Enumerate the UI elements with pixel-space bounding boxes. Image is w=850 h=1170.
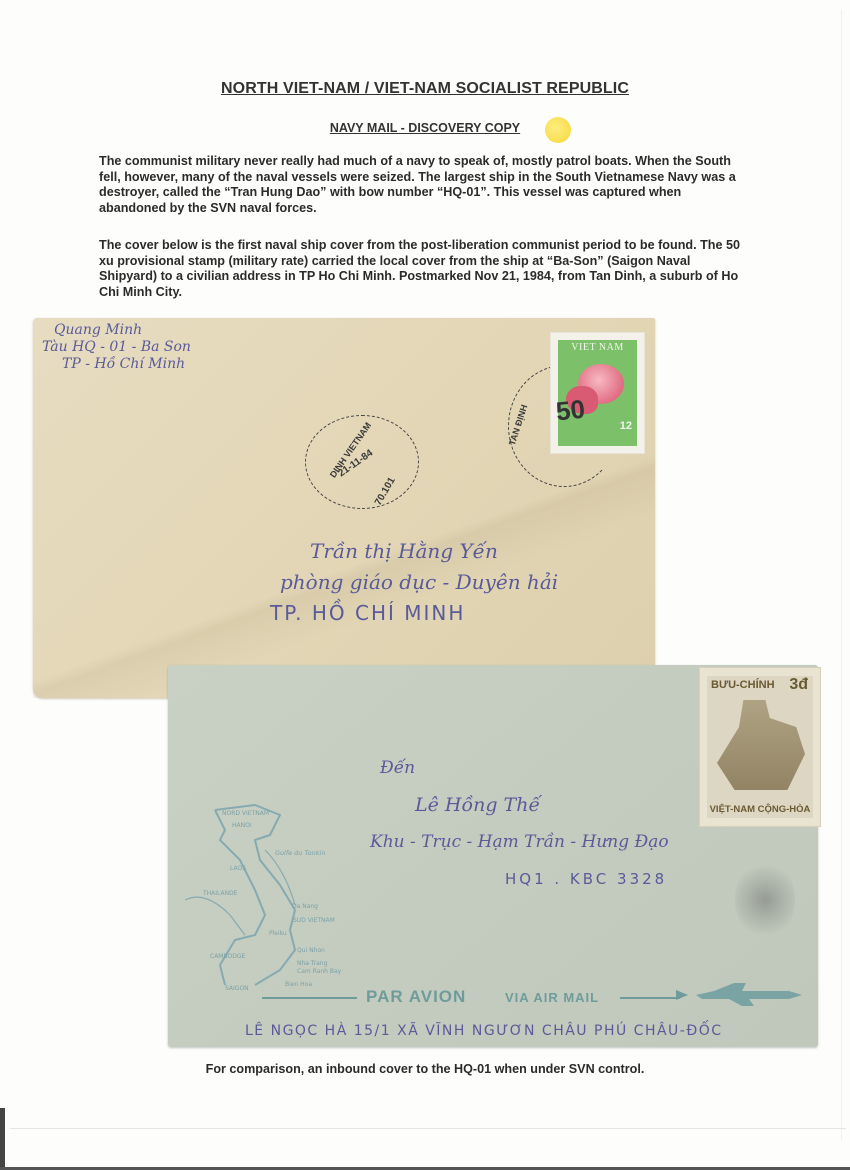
airplane-icon <box>694 981 804 1007</box>
stamp-country: VIET NAM <box>558 342 637 353</box>
cover1-address: Trần thị Hằng Yến phòng giáo dục - Duyên… <box>310 536 558 629</box>
stamp-value: 12 <box>620 420 632 432</box>
map-label: Qui Nhon <box>297 947 325 954</box>
map-label: SUD VIETNAM <box>293 917 335 924</box>
soldier-icon <box>717 700 805 790</box>
recipient-ship: Khu - Trục - Hạm Trần - Hưng Đạo <box>370 824 669 861</box>
cover2-sender: LÊ NGỌC HÀ 15/1 XÃ VĨNH NGƯƠN CHÂU PHÚ C… <box>245 1023 722 1039</box>
scan-edge-line <box>10 1128 846 1129</box>
via-air-mail-label: VIA AIR MAIL <box>505 990 599 1005</box>
cover1-sender: Quang Minh Tàu HQ - 01 - Ba Son TP - Hồ … <box>42 322 191 373</box>
par-avion-label: PAR AVION <box>366 987 466 1007</box>
stamp2-value: 3đ <box>789 676 808 694</box>
map-label: LAOS <box>230 865 246 872</box>
page-subtitle: NAVY MAIL - DISCOVERY COPY <box>0 121 850 135</box>
airmail-rule <box>262 997 357 999</box>
airmail-banner: PAR AVION VIA AIR MAIL <box>262 987 807 1007</box>
map-label: HANOI <box>232 822 252 829</box>
map-label: NORD VIETNAM <box>222 810 269 817</box>
recipient-city: TP. HỒ CHÍ MINH <box>270 598 558 629</box>
recipient-kbc: HQ1 . KBC 3328 <box>505 861 669 898</box>
map-label: THAILANDE <box>202 890 238 897</box>
address-to: Đến <box>380 750 669 787</box>
sender-city: TP - Hồ Chí Minh <box>62 356 191 373</box>
stamp2-top-text: BƯU-CHÍNH <box>711 679 775 691</box>
map-label: SAIGON <box>225 985 249 992</box>
rose-stamp-12xu: VIET NAM 12 <box>551 333 644 453</box>
yellow-dot-sticker <box>545 117 571 143</box>
sender-ship: Tàu HQ - 01 - Ba Son <box>42 339 191 356</box>
recipient-name: Trần thị Hằng Yến <box>310 536 558 567</box>
vietnam-map-icon: NORD VIETNAM HANOI Golfe du Tonkin LAOS … <box>185 790 355 995</box>
sender-name: Quang Minh <box>54 322 191 339</box>
map-label: CAMBODGE <box>210 953 245 960</box>
map-label: Golfe du Tonkin <box>275 849 325 857</box>
map-label: Da Nang <box>292 903 318 910</box>
cover-description-paragraph: The cover below is the first naval ship … <box>99 238 749 300</box>
map-label: Cam Ranh Bay <box>297 968 342 975</box>
comparison-caption: For comparison, an inbound cover to the … <box>0 1062 850 1076</box>
stamp-surcharge-overprint: 50 <box>554 394 586 428</box>
map-label: Nha Trang <box>297 960 328 967</box>
soldier-stamp-3d: BƯU-CHÍNH 3đ VIỆT-NAM CỘNG-HÒA <box>700 668 820 826</box>
map-label: Pleiku <box>269 930 287 937</box>
postmark-smudge <box>735 860 795 940</box>
arrow-right-icon <box>676 990 688 1000</box>
stamp2-country: VIỆT-NAM CỘNG-HÒA <box>707 804 813 815</box>
scan-edge-shadow <box>0 1108 5 1170</box>
airmail-arrow-line <box>620 997 680 999</box>
recipient-name: Lê Hồng Thế <box>415 787 669 824</box>
recipient-office: phòng giáo dục - Duyên hải <box>280 567 558 598</box>
page-title: NORTH VIET-NAM / VIET-NAM SOCIALIST REPU… <box>0 80 850 98</box>
cover2-address: Đến Lê Hồng Thế Khu - Trục - Hạm Trần - … <box>380 750 669 898</box>
intro-paragraph: The communist military never really had … <box>99 154 749 216</box>
